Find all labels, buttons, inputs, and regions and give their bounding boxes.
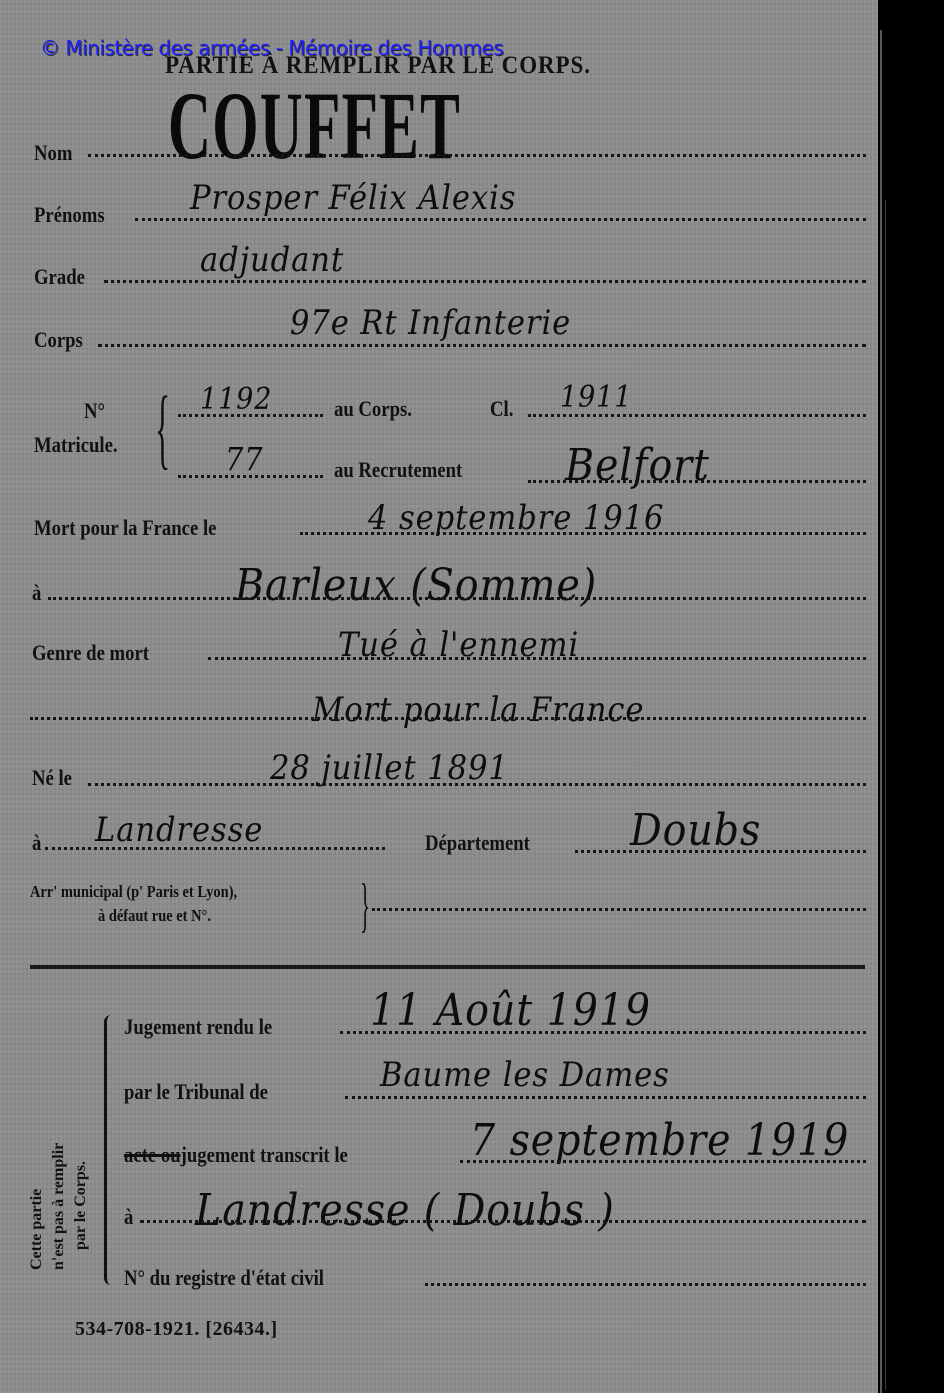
side-note-line-3: par le Corps. [72, 1161, 90, 1250]
copyright-watermark: © Ministère des armées - Mémoire des Hom… [40, 36, 503, 60]
transcrit-line [460, 1160, 866, 1163]
classe-label: Cl. [490, 396, 513, 422]
registre-label: N° du registre d'état civil [124, 1265, 324, 1291]
form-print-code: 534-708-1921. [26434.] [75, 1318, 278, 1341]
ne-a-value: Landresse [95, 810, 263, 850]
matricule-label: Matricule. [34, 432, 118, 458]
classe-value: 1911 [560, 380, 632, 415]
transcrit-a-label: à [124, 1204, 133, 1230]
corps-label: Corps [34, 327, 83, 353]
ne-a-line [45, 847, 385, 850]
classe-line [528, 414, 866, 417]
ne-a-label: à [32, 830, 41, 856]
jugement-rendu-label: Jugement rendu le [124, 1014, 272, 1040]
matricule-corps-value: 1192 [200, 382, 272, 417]
registre-line [425, 1283, 866, 1286]
arr-municipal-line [372, 908, 866, 911]
section-divider [30, 965, 865, 969]
transcrit-a-value: Landresse ( Doubs ) [195, 1185, 615, 1236]
recrutement-line [178, 475, 323, 478]
transcrit-label: jugement transcrit le [181, 1142, 348, 1167]
genre-de-mort-label: Genre de mort [32, 640, 149, 666]
prenoms-line [135, 218, 866, 221]
grade-value: adjudant [200, 240, 344, 280]
genre-de-mort-line-2 [30, 717, 866, 720]
arr-municipal-brace: } [360, 875, 370, 935]
mort-le-line [300, 532, 866, 535]
card-edge [880, 30, 882, 1393]
genre-de-mort-value-2: Mort pour la France [312, 690, 644, 730]
tribunal-label: par le Tribunal de [124, 1079, 268, 1105]
transcrit-label-row: acte oujugement transcrit le [124, 1142, 348, 1168]
transcrit-a-line [140, 1220, 866, 1223]
genre-de-mort-line [208, 657, 866, 660]
side-note-line-1: Cette partie [28, 1189, 46, 1270]
au-recrutement-label: au Recrutement [334, 457, 462, 483]
acte-ou-struck: acte ou [124, 1142, 181, 1167]
ne-le-label: Né le [32, 765, 72, 791]
matricule-no-label: N° [84, 398, 105, 424]
departement-line [575, 850, 866, 853]
corps-line [98, 344, 866, 347]
jugement-brace [104, 1015, 111, 1285]
arr-municipal-label-2: à défaut rue et N°. [98, 906, 211, 926]
au-corps-label: au Corps. [334, 396, 412, 422]
prenoms-value: Prosper Félix Alexis [190, 178, 516, 218]
nom-label: Nom [34, 140, 72, 166]
mort-a-label: à [32, 580, 41, 606]
side-note-line-2: n'est pas à remplir [50, 1143, 68, 1270]
mort-le-label: Mort pour la France le [34, 515, 216, 541]
nom-line [88, 154, 866, 157]
jugement-rendu-line [340, 1031, 866, 1034]
card-edge-2 [885, 200, 886, 1390]
matricule-corps-line [178, 414, 323, 417]
death-record-card: PARTIE À REMPLIR PAR LE CORPS. COUFFET N… [0, 0, 878, 1393]
grade-label: Grade [34, 264, 85, 290]
recrutement-value: 77 [225, 440, 263, 478]
grade-line [104, 280, 866, 283]
arr-municipal-label: Arr' municipal (p' Paris et Lyon), [30, 882, 237, 902]
mort-a-value: Barleux (Somme) [235, 560, 597, 611]
side-note: Cette partie n'est pas à remplir par le … [20, 1060, 110, 1270]
mort-a-line [48, 597, 866, 600]
matricule-brace: { [155, 384, 170, 474]
jugement-rendu-value: 11 Août 1919 [370, 985, 651, 1036]
ne-le-value: 28 juillet 1891 [270, 748, 509, 788]
surname-stamp: COUFFET [168, 70, 461, 181]
transcrit-value: 7 septembre 1919 [470, 1115, 849, 1166]
corps-value: 97e Rt Infanterie [290, 303, 571, 343]
recrutement-place-line [528, 480, 866, 483]
recrutement-place-value: Belfort [565, 440, 710, 491]
departement-label: Département [425, 830, 530, 856]
ne-le-line [88, 783, 866, 786]
departement-value: Doubs [630, 805, 761, 856]
prenoms-label: Prénoms [34, 202, 105, 228]
tribunal-line [345, 1096, 866, 1099]
tribunal-value: Baume les Dames [380, 1055, 670, 1095]
